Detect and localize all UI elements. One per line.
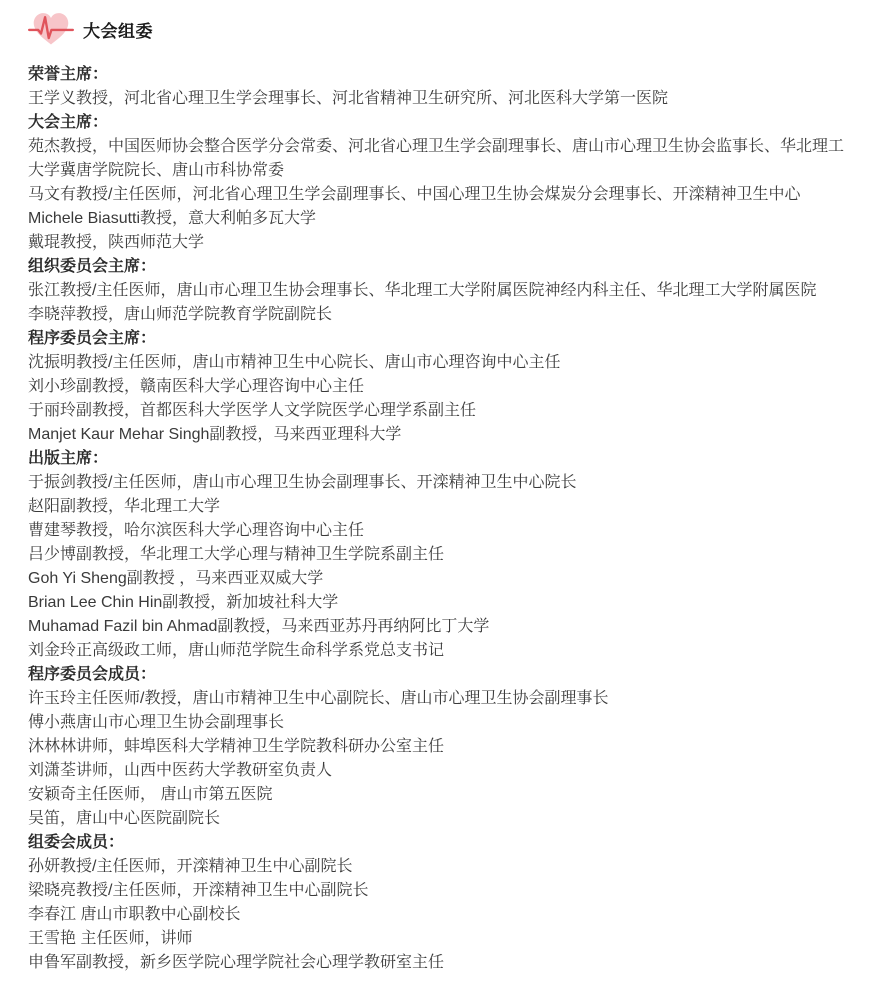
member-line: 吴笛，唐山中心医院副院长: [28, 807, 846, 831]
committee-page: 大会组委 荣誉主席： 王学义教授，河北省心理卫生学会理事长、河北省精神卫生研究所…: [0, 0, 874, 975]
member-line: 于丽玲副教授，首都医科大学医学人文学院医学心理学系副主任: [28, 399, 846, 423]
section-members: 张江教授/主任医师，唐山市心理卫生协会理事长、华北理工大学附属医院神经内科主任、…: [28, 279, 846, 327]
section-heading: 组织委员会主席：: [28, 255, 846, 279]
page-title: 大会组委: [83, 17, 153, 42]
committee-section: 组织委员会主席： 张江教授/主任医师，唐山市心理卫生协会理事长、华北理工大学附属…: [28, 255, 846, 327]
section-members: 许玉玲主任医师/教授，唐山市精神卫生中心副院长、唐山市心理卫生协会副理事长傅小燕…: [28, 687, 846, 831]
member-line: 许玉玲主任医师/教授，唐山市精神卫生中心副院长、唐山市心理卫生协会副理事长: [28, 687, 846, 711]
member-line: 王雪艳 主任医师，讲师: [28, 927, 846, 951]
member-line: Brian Lee Chin Hin副教授，新加坡社科大学: [28, 591, 846, 615]
member-line: Manjet Kaur Mehar Singh副教授，马来西亚理科大学: [28, 423, 846, 447]
section-members: 沈振明教授/主任医师，唐山市精神卫生中心院长、唐山市心理咨询中心主任刘小珍副教授…: [28, 351, 846, 447]
member-line: 沐林林讲师，蚌埠医科大学精神卫生学院教科研办公室主任: [28, 735, 846, 759]
section-members: 苑杰教授，中国医师协会整合医学分会常委、河北省心理卫生学会副理事长、唐山市心理卫…: [28, 135, 846, 255]
member-line: Goh Yi Sheng副教授 ，马来西亚双威大学: [28, 567, 846, 591]
committee-section: 出版主席： 于振剑教授/主任医师，唐山市心理卫生协会副理事长、开滦精神卫生中心院…: [28, 447, 846, 663]
section-heading: 出版主席：: [28, 447, 846, 471]
section-heading: 程序委员会成员：: [28, 663, 846, 687]
member-line: Michele Biasutti教授，意大利帕多瓦大学: [28, 207, 846, 231]
member-line: 吕少博副教授，华北理工大学心理与精神卫生学院系副主任: [28, 543, 846, 567]
member-line: 于振剑教授/主任医师，唐山市心理卫生协会副理事长、开滦精神卫生中心院长: [28, 471, 846, 495]
member-line: 王学义教授，河北省心理卫生学会理事长、河北省精神卫生研究所、河北医科大学第一医院: [28, 87, 846, 111]
member-line: 曹建琴教授，哈尔滨医科大学心理咨询中心主任: [28, 519, 846, 543]
committee-section: 程序委员会主席： 沈振明教授/主任医师，唐山市精神卫生中心院长、唐山市心理咨询中…: [28, 327, 846, 447]
section-heading: 程序委员会主席：: [28, 327, 846, 351]
heartbeat-icon: [28, 9, 74, 49]
section-members: 孙妍教授/主任医师，开滦精神卫生中心副院长梁晓亮教授/主任医师，开滦精神卫生中心…: [28, 855, 846, 975]
member-line: 刘小珍副教授，赣南医科大学心理咨询中心主任: [28, 375, 846, 399]
member-line: 李晓萍教授，唐山师范学院教育学院副院长: [28, 303, 846, 327]
member-line: 戴琨教授，陕西师范大学: [28, 231, 846, 255]
member-line: 孙妍教授/主任医师，开滦精神卫生中心副院长: [28, 855, 846, 879]
member-line: 苑杰教授，中国医师协会整合医学分会常委、河北省心理卫生学会副理事长、唐山市心理卫…: [28, 135, 846, 183]
member-line: 李春江 唐山市职教中心副校长: [28, 903, 846, 927]
member-line: 沈振明教授/主任医师，唐山市精神卫生中心院长、唐山市心理咨询中心主任: [28, 351, 846, 375]
committee-section: 大会主席： 苑杰教授，中国医师协会整合医学分会常委、河北省心理卫生学会副理事长、…: [28, 111, 846, 255]
section-heading: 大会主席：: [28, 111, 846, 135]
member-line: 梁晓亮教授/主任医师，开滦精神卫生中心副院长: [28, 879, 846, 903]
page-header: 大会组委: [28, 8, 846, 50]
committee-section: 组委会成员： 孙妍教授/主任医师，开滦精神卫生中心副院长梁晓亮教授/主任医师，开…: [28, 831, 846, 975]
section-heading: 荣誉主席：: [28, 63, 846, 87]
member-line: 马文有教授/主任医师，河北省心理卫生学会副理事长、中国心理卫生协会煤炭分会理事长…: [28, 183, 846, 207]
member-line: 刘金玲正高级政工师，唐山师范学院生命科学系党总支书记: [28, 639, 846, 663]
member-line: 赵阳副教授，华北理工大学: [28, 495, 846, 519]
member-line: 安颖奇主任医师， 唐山市第五医院: [28, 783, 846, 807]
member-line: 傅小燕唐山市心理卫生协会副理事长: [28, 711, 846, 735]
member-line: 张江教授/主任医师，唐山市心理卫生协会理事长、华北理工大学附属医院神经内科主任、…: [28, 279, 846, 303]
member-line: 申鲁军副教授，新乡医学院心理学院社会心理学教研室主任: [28, 951, 846, 975]
committee-section: 程序委员会成员： 许玉玲主任医师/教授，唐山市精神卫生中心副院长、唐山市心理卫生…: [28, 663, 846, 831]
committee-list: 荣誉主席： 王学义教授，河北省心理卫生学会理事长、河北省精神卫生研究所、河北医科…: [28, 63, 846, 975]
committee-section: 荣誉主席： 王学义教授，河北省心理卫生学会理事长、河北省精神卫生研究所、河北医科…: [28, 63, 846, 111]
member-line: 刘潇荃讲师，山西中医药大学教研室负责人: [28, 759, 846, 783]
section-members: 王学义教授，河北省心理卫生学会理事长、河北省精神卫生研究所、河北医科大学第一医院: [28, 87, 846, 111]
section-members: 于振剑教授/主任医师，唐山市心理卫生协会副理事长、开滦精神卫生中心院长赵阳副教授…: [28, 471, 846, 663]
member-line: Muhamad Fazil bin Ahmad副教授，马来西亚苏丹再纳阿比丁大学: [28, 615, 846, 639]
section-heading: 组委会成员：: [28, 831, 846, 855]
